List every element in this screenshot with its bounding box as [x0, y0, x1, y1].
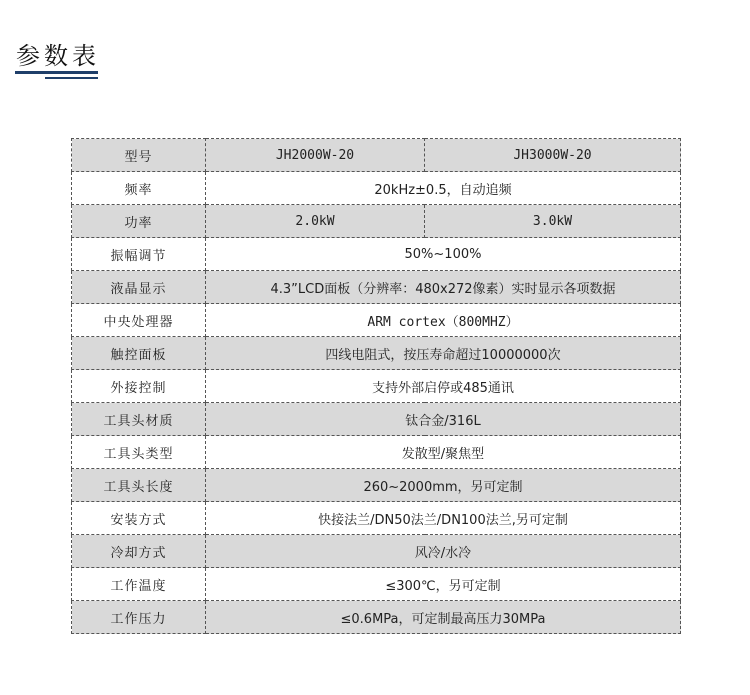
row-label: 工具头类型	[72, 436, 206, 469]
table-row-power: 功率 2.0kW 3.0kW	[72, 205, 681, 238]
table-row-amplitude: 振幅调节 50%~100%	[72, 238, 681, 271]
row-label: 工作温度	[72, 568, 206, 601]
row-label: 频率	[72, 172, 206, 205]
row-label: 振幅调节	[72, 238, 206, 271]
page-title: 参数表	[16, 36, 100, 71]
cell-model-jh2000: JH2000W-20	[206, 139, 425, 172]
cell-value: 4.3”LCD面板（分辨率：480x272像素）实时显示各项数据	[206, 271, 681, 304]
table-row-temperature: 工作温度 ≤300℃，另可定制	[72, 568, 681, 601]
table-row-lcd: 液晶显示 4.3”LCD面板（分辨率：480x272像素）实时显示各项数据	[72, 271, 681, 304]
title-underline-short	[45, 77, 98, 79]
row-label: 工具头长度	[72, 469, 206, 502]
row-label: 安装方式	[72, 502, 206, 535]
row-label: 工作压力	[72, 601, 206, 634]
table-row-mounting: 安装方式 快接法兰/DN50法兰/DN100法兰,另可定制	[72, 502, 681, 535]
cell-value: 钛合金/316L	[206, 403, 681, 436]
table-row-model: 型号 JH2000W-20 JH3000W-20	[72, 139, 681, 172]
row-label: 冷却方式	[72, 535, 206, 568]
cell-power-jh2000: 2.0kW	[206, 205, 425, 238]
row-label: 功率	[72, 205, 206, 238]
row-label: 外接控制	[72, 370, 206, 403]
row-label: 触控面板	[72, 337, 206, 370]
title-underline-long	[15, 71, 98, 74]
row-label: 工具头材质	[72, 403, 206, 436]
row-label: 型号	[72, 139, 206, 172]
cell-value: 支持外部启停或485通讯	[206, 370, 681, 403]
cell-value: ≤300℃，另可定制	[206, 568, 681, 601]
cell-value: 260~2000mm，另可定制	[206, 469, 681, 502]
cell-value: 四线电阻式，按压寿命超过10000000次	[206, 337, 681, 370]
table-row-tool-material: 工具头材质 钛合金/316L	[72, 403, 681, 436]
cell-model-jh3000: JH3000W-20	[425, 139, 681, 172]
cell-value: ARM cortex（800MHZ）	[206, 304, 681, 337]
cell-value: 发散型/聚焦型	[206, 436, 681, 469]
cell-value: 50%~100%	[206, 238, 681, 271]
table-row-cooling: 冷却方式 风冷/水冷	[72, 535, 681, 568]
cell-power-jh3000: 3.0kW	[425, 205, 681, 238]
table-row-pressure: 工作压力 ≤0.6MPa，可定制最高压力30MPa	[72, 601, 681, 634]
cell-value: ≤0.6MPa，可定制最高压力30MPa	[206, 601, 681, 634]
spec-table: 型号 JH2000W-20 JH3000W-20 频率 20kHz±0.5，自动…	[71, 138, 681, 634]
row-label: 中央处理器	[72, 304, 206, 337]
table-row-tool-type: 工具头类型 发散型/聚焦型	[72, 436, 681, 469]
cell-value: 20kHz±0.5，自动追频	[206, 172, 681, 205]
table-row-external-control: 外接控制 支持外部启停或485通讯	[72, 370, 681, 403]
cell-value: 快接法兰/DN50法兰/DN100法兰,另可定制	[206, 502, 681, 535]
table-row-touch-panel: 触控面板 四线电阻式，按压寿命超过10000000次	[72, 337, 681, 370]
table-row-frequency: 频率 20kHz±0.5，自动追频	[72, 172, 681, 205]
table-row-tool-length: 工具头长度 260~2000mm，另可定制	[72, 469, 681, 502]
row-label: 液晶显示	[72, 271, 206, 304]
table-row-cpu: 中央处理器 ARM cortex（800MHZ）	[72, 304, 681, 337]
cell-value: 风冷/水冷	[206, 535, 681, 568]
